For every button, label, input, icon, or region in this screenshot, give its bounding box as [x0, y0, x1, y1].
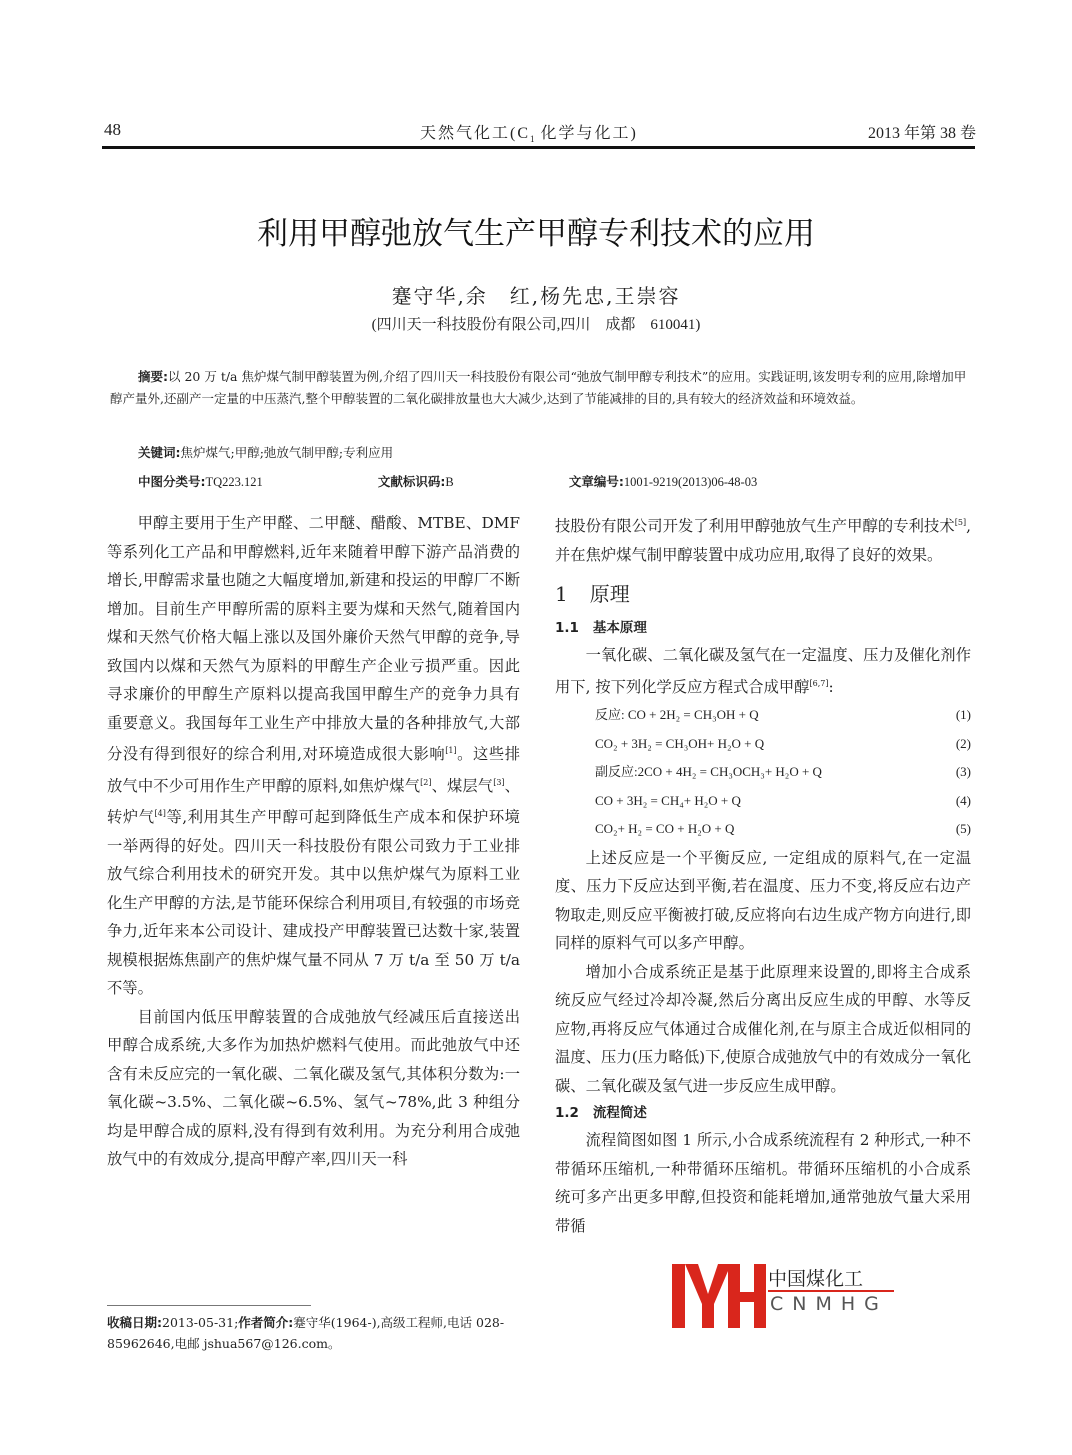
- paragraph-intro: 甲醇主要用于生产甲醛、二甲醚、醋酸、MTBE、DMF 等系列化工产品和甲醇燃料,…: [107, 509, 520, 1003]
- bio-label: 作者简介:: [238, 1315, 293, 1330]
- text: 等,利用其生产甲醇可起到降低生产成本和保护环境一举两得的好处。四川天一科技股份有…: [107, 808, 520, 997]
- affiliation: (四川天一科技股份有限公司,四川 成都 610041): [0, 313, 1072, 334]
- keywords: 关键词:焦炉煤气;甲醇;弛放气制甲醇;专利应用: [138, 443, 393, 461]
- keywords-text: 焦炉煤气;甲醇;弛放气制甲醇;专利应用: [181, 445, 394, 460]
- received-date: 2013-05-31;: [162, 1315, 238, 1330]
- journal-name: 天然气化工(C1 化学与化工): [420, 120, 638, 144]
- footnote: 收稿日期:2013-05-31;作者简介:蹇守华(1964-),高级工程师,电话…: [107, 1312, 523, 1354]
- section-title: 流程简述: [593, 1105, 647, 1121]
- equation-5: CO₂+ H₂ = CO + H₂O + Q(5): [555, 815, 971, 844]
- citation[interactable]: [6,7]: [809, 679, 828, 688]
- page-number: 48: [104, 120, 121, 140]
- citation[interactable]: [3]: [493, 778, 504, 787]
- paragraph-process: 流程简图如图 1 所示,小合成系统流程有 2 种形式,一种不带循环压缩机,一种带…: [555, 1126, 971, 1240]
- text: 甲醇主要用于生产甲醛、二甲醚、醋酸、MTBE、DMF 等系列化工产品和甲醇燃料,…: [107, 514, 520, 763]
- paragraph-principle: 一氧化碳、二氧化碳及氢气在一定温度、压力及催化剂作用下, 按下列化学反应方程式合…: [555, 641, 971, 701]
- left-column: 甲醇主要用于生产甲醛、二甲醚、醋酸、MTBE、DMF 等系列化工产品和甲醇燃料,…: [107, 509, 520, 1174]
- citation[interactable]: [2]: [420, 778, 431, 787]
- received-label: 收稿日期:: [107, 1315, 162, 1330]
- equation-3: 副反应:2CO + 4H₂ = CH₃OCH₃+ H₂O + Q(3): [555, 758, 971, 787]
- paragraph-continuation: 技股份有限公司开发了利用甲醇弛放气生产甲醇的专利技术[5],并在焦炉煤气制甲醇装…: [555, 509, 971, 569]
- text: 一氧化碳、二氧化碳及氢气在一定温度、压力及催化剂作用下, 按下列化学反应方程式合…: [555, 646, 971, 696]
- watermark-name-en: CNMHG: [770, 1293, 888, 1315]
- doc-code: 文献标识码:B: [378, 475, 510, 489]
- text: :: [828, 678, 833, 696]
- text: 、煤层气: [431, 777, 493, 795]
- section-title: 基本原理: [593, 620, 647, 636]
- doc-code-value: B: [445, 475, 453, 489]
- article-no-value: 1001-9219(2013)06-48-03: [624, 475, 757, 489]
- equation-formula: CO + 2H₂ = CH₃OH + Q: [628, 707, 759, 722]
- right-column: 技股份有限公司开发了利用甲醇弛放气生产甲醇的专利技术[5],并在焦炉煤气制甲醇装…: [555, 509, 971, 1240]
- abstract-label: 摘要:: [138, 369, 168, 384]
- clc-label: 中图分类号:: [138, 474, 206, 489]
- equation-number: (5): [956, 815, 971, 844]
- watermark-logo-icon: [672, 1264, 766, 1332]
- section-number: 1: [555, 582, 568, 606]
- classification-line: 中图分类号:TQ223.121 文献标识码:B 文章编号:1001-9219(2…: [138, 472, 869, 490]
- keywords-label: 关键词:: [138, 445, 181, 460]
- section-heading-1-2: 1.2流程简述: [555, 1100, 971, 1126]
- equation-2: CO₂ + 3H₂ = CH₃OH+ H₂O + Q(2): [555, 730, 971, 759]
- equation-number: (4): [956, 787, 971, 816]
- abstract-text: 以 20 万 t/a 焦炉煤气制甲醇装置为例,介绍了四川天一科技股份有限公司“弛…: [110, 369, 966, 406]
- equation-number: (1): [956, 701, 971, 730]
- paragraph-purge-gas: 目前国内低压甲醇装置的合成弛放气经减压后直接送出甲醇合成系统,大多作为加热炉燃料…: [107, 1003, 520, 1174]
- equation-number: (3): [956, 758, 971, 787]
- equation-formula: CO + 3H₂ = CH₄+ H₂O + Q: [595, 793, 741, 808]
- equation-4: CO + 3H₂ = CH₄+ H₂O + Q(4): [555, 787, 971, 816]
- authors: 蹇守华,余 红,杨先忠,王崇容: [0, 280, 1072, 309]
- watermark-underline: [768, 1290, 894, 1292]
- paragraph-equilibrium: 上述反应是一个平衡反应, 一定组成的原料气,在一定温度、压力下反应达到平衡,若在…: [555, 844, 971, 958]
- article-title: 利用甲醇弛放气生产甲醇专利技术的应用: [0, 208, 1072, 253]
- citation[interactable]: [5]: [955, 518, 966, 527]
- journal-name-tail: 化学与化工): [535, 125, 638, 142]
- clc: 中图分类号:TQ223.121: [138, 475, 319, 489]
- section-heading-1: 1原理: [555, 579, 971, 609]
- equation-formula: CO₂+ H₂ = CO + H₂O + Q: [595, 821, 734, 836]
- journal-name-text: 天然气化工(C: [420, 125, 530, 142]
- equation-prefix: 反应:: [595, 707, 625, 722]
- citation[interactable]: [4]: [155, 809, 166, 818]
- section-number: 1.1: [555, 620, 579, 636]
- equation-prefix: 副反应:: [595, 764, 638, 779]
- watermark-name-cn: 中国煤化工: [768, 1264, 863, 1291]
- footnote-rule: [107, 1305, 311, 1306]
- section-number: 1.2: [555, 1105, 579, 1121]
- paragraph-small-synthesis: 增加小合成系统正是基于此原理来设置的,即将主合成系统反应气经过冷却冷凝,然后分离…: [555, 958, 971, 1101]
- abstract: 摘要:以 20 万 t/a 焦炉煤气制甲醇装置为例,介绍了四川天一科技股份有限公…: [110, 366, 974, 409]
- section-title: 原理: [590, 582, 630, 606]
- volume-info: 2013 年第 38 卷: [868, 120, 976, 143]
- equation-1: 反应: CO + 2H₂ = CH₃OH + Q(1): [555, 701, 971, 730]
- section-heading-1-1: 1.1基本原理: [555, 615, 971, 641]
- equation-formula: 2CO + 4H₂ = CH₃OCH₃+ H₂O + Q: [638, 764, 822, 779]
- citation[interactable]: [1]: [445, 746, 456, 755]
- equation-formula: CO₂ + 3H₂ = CH₃OH+ H₂O + Q: [595, 736, 764, 751]
- equation-number: (2): [956, 730, 971, 759]
- article-no-label: 文章编号:: [569, 474, 624, 489]
- doc-code-label: 文献标识码:: [378, 474, 446, 489]
- clc-value: TQ223.121: [206, 475, 263, 489]
- article-no: 文章编号:1001-9219(2013)06-48-03: [569, 475, 813, 489]
- text: 技股份有限公司开发了利用甲醇弛放气生产甲醇的专利技术: [555, 517, 955, 535]
- header-rule: [102, 146, 975, 149]
